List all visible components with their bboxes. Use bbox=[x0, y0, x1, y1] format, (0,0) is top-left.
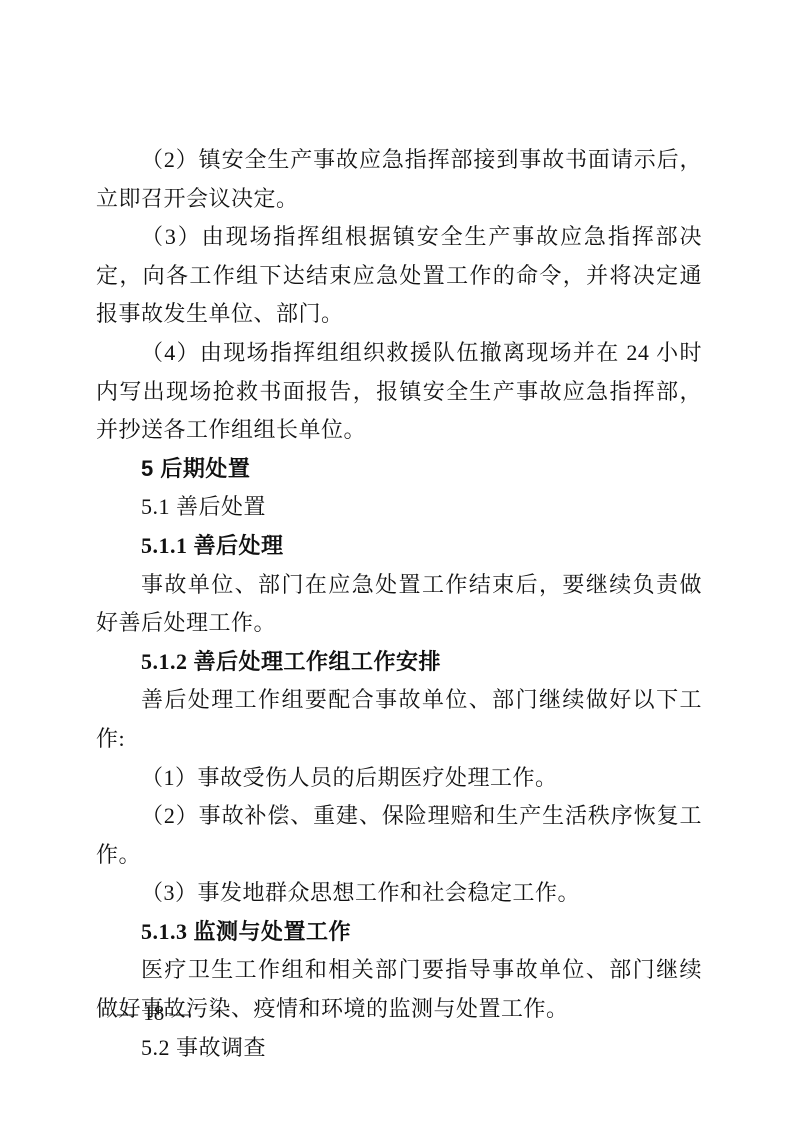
heading-section-5-2: 5.2 事故调查 bbox=[96, 1029, 702, 1068]
heading-section-5-1-1: 5.1.1 善后处理 bbox=[96, 527, 702, 566]
document-body: （2）镇安全生产事故应急指挥部接到事故书面请示后，立即召开会议决定。 （3）由现… bbox=[96, 141, 702, 1067]
heading-section-5-1: 5.1 善后处置 bbox=[96, 488, 702, 527]
document-page: （2）镇安全生产事故应急指挥部接到事故书面请示后，立即召开会议决定。 （3）由现… bbox=[0, 0, 793, 1122]
paragraph-task-3: （3）事发地群众思想工作和社会稳定工作。 bbox=[96, 874, 702, 913]
heading-section-5: 5 后期处置 bbox=[96, 450, 702, 489]
paragraph-aftercare: 事故单位、部门在应急处置工作结束后，要继续负责做好善后处理工作。 bbox=[96, 566, 702, 643]
paragraph-item-4: （4）由现场指挥组组织救援队伍撤离现场并在 24 小时内写出现场抢救书面报告，报… bbox=[96, 334, 702, 450]
paragraph-item-2: （2）镇安全生产事故应急指挥部接到事故书面请示后，立即召开会议决定。 bbox=[96, 141, 702, 218]
heading-section-5-1-2: 5.1.2 善后处理工作组工作安排 bbox=[96, 643, 702, 682]
page-number: — 18 — bbox=[117, 1000, 191, 1026]
paragraph-workgroup-intro: 善后处理工作组要配合事故单位、部门继续做好以下工作: bbox=[96, 681, 702, 758]
paragraph-item-3: （3）由现场指挥组根据镇安全生产事故应急指挥部决定，向各工作组下达结束应急处置工… bbox=[96, 218, 702, 334]
paragraph-task-1: （1）事故受伤人员的后期医疗处理工作。 bbox=[96, 759, 702, 798]
paragraph-task-2: （2）事故补偿、重建、保险理赔和生产生活秩序恢复工作。 bbox=[96, 797, 702, 874]
heading-section-5-1-3: 5.1.3 监测与处置工作 bbox=[96, 913, 702, 952]
